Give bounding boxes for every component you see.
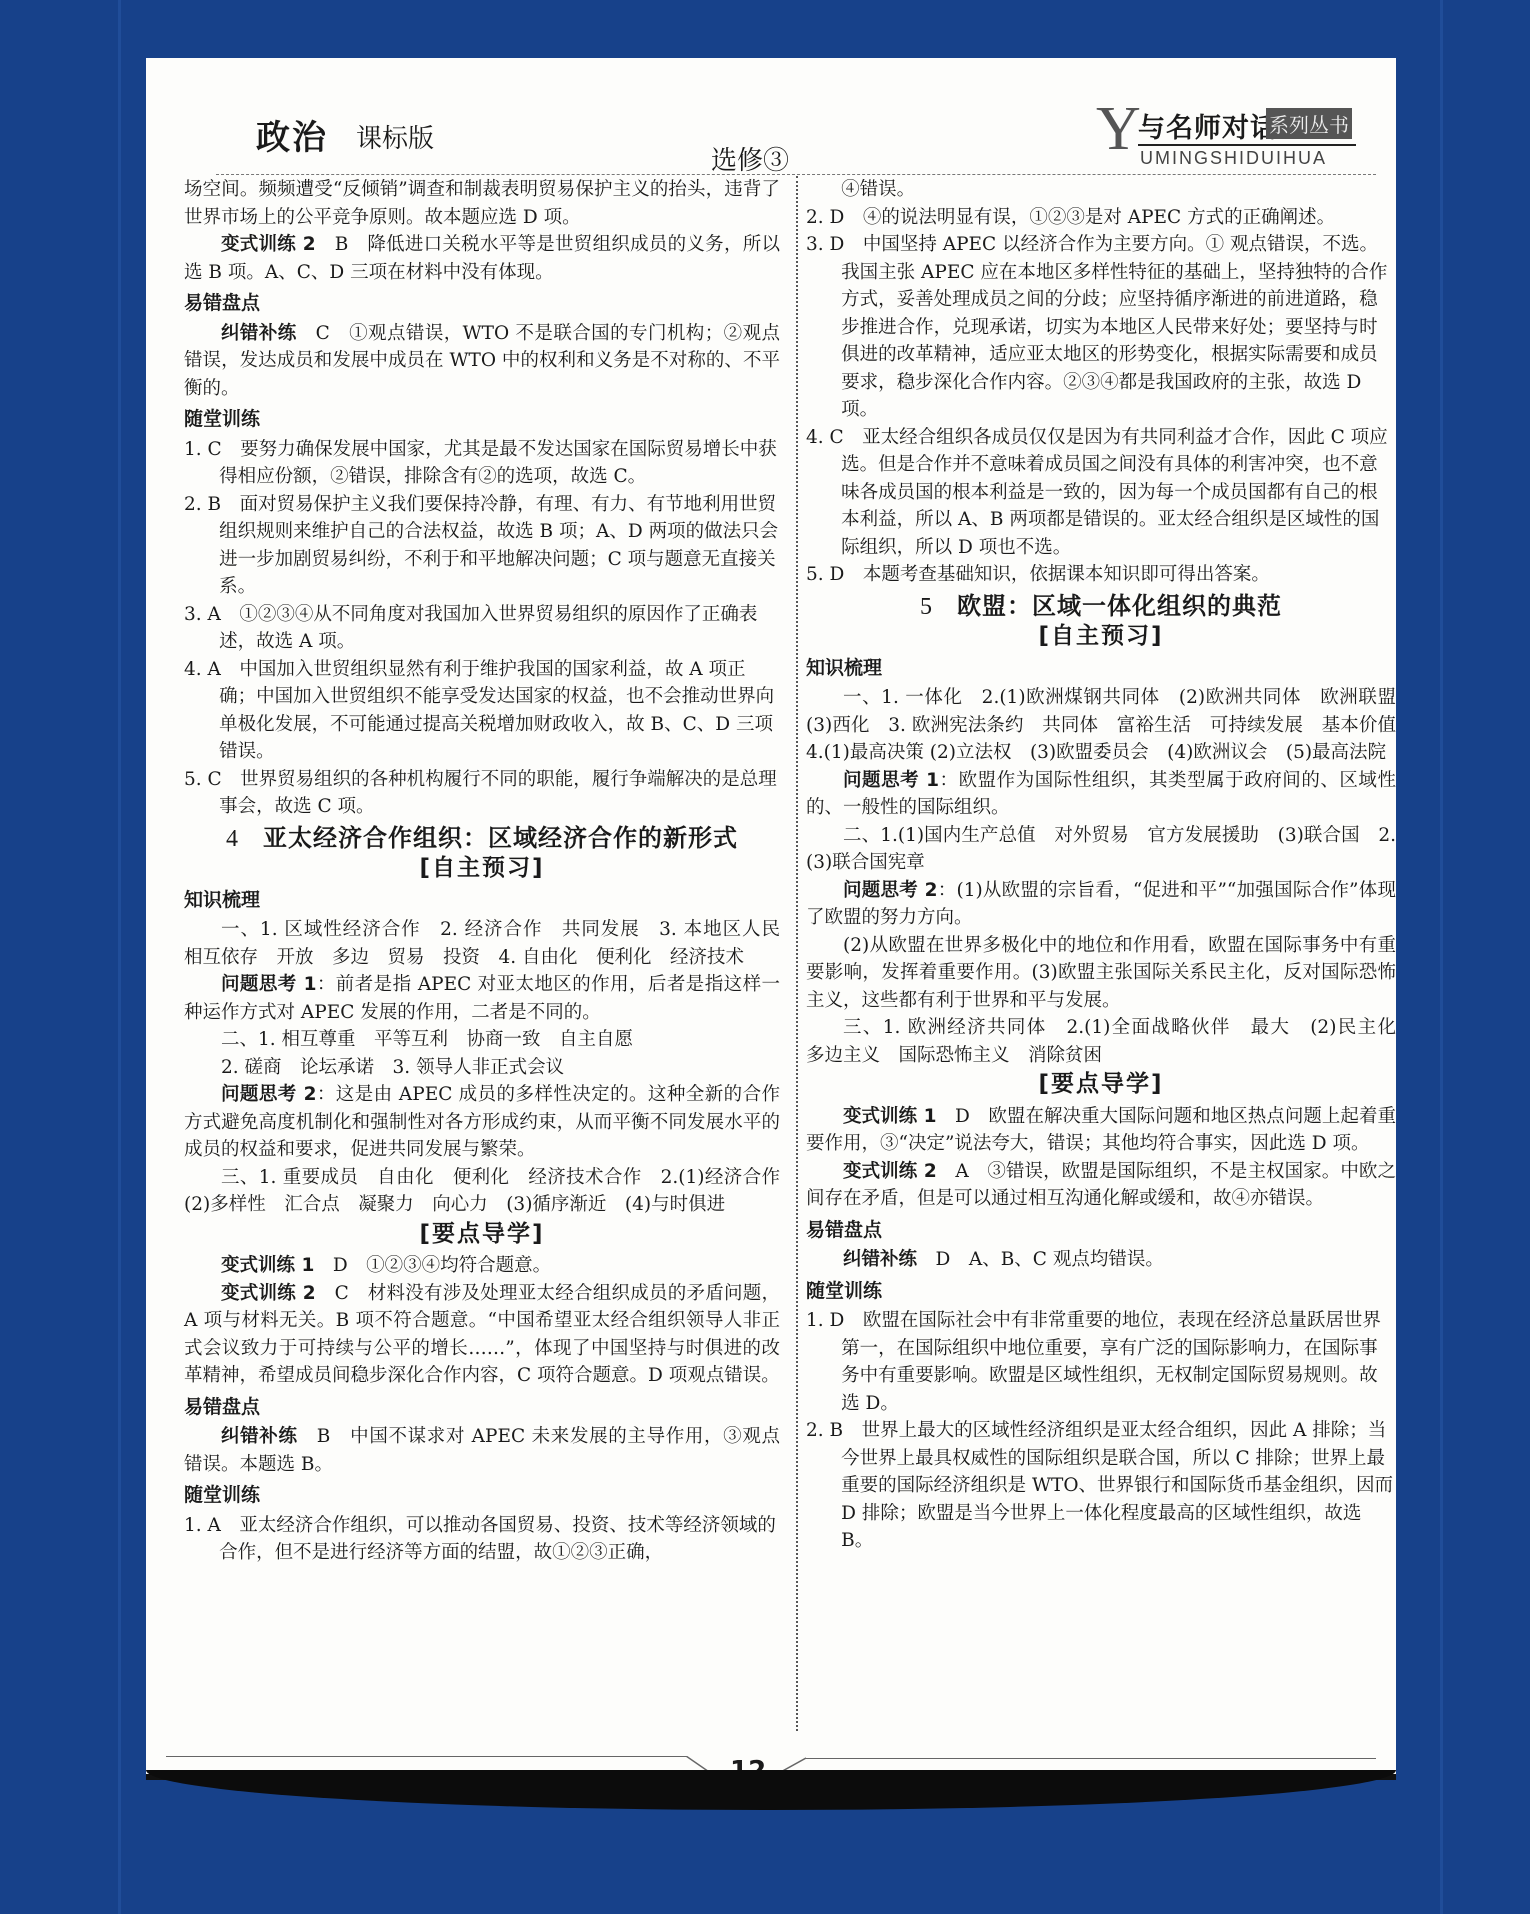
list-item: 2. B 世界上最大的区域性经济组织是亚太经合组织，因此 A 排除；当今世界上最… [806,1417,1396,1555]
footer-rule [166,1756,686,1757]
exercise-label: 纠错补练 [843,1249,917,1270]
section-heading: 随堂训练 [184,406,780,434]
section-heading: 易错盘点 [184,1394,780,1422]
logo-pinyin: UMINGSHIDUIHUA [1140,148,1327,169]
subsection-banner: [自主预习] [184,855,780,883]
chapter-name: 欧盟：区域一体化组织的典范 [957,592,1282,620]
question-answer: 问题思考 1：欧盟作为国际性组织，其类型属于政府间的、区域性的、一般性的国际组织… [806,767,1396,822]
edition-label: 课标版 [356,118,434,155]
chapter-name: 亚太经济合作组织：区域经济合作的新形式 [263,824,738,852]
logo-rule [1138,144,1356,146]
logo-title: 与名师对话 [1138,106,1278,145]
list-item: 5. D 本题考查基础知识，依据课本知识即可得出答案。 [806,561,1396,589]
paragraph: 二、1. 相互尊重 平等互利 协商一致 自主自愿 [184,1026,780,1054]
question-answer: 问题思考 1：前者是指 APEC 对亚太地区的作用，后者是指这样一种运作方式对 … [184,971,780,1026]
section-heading: 知识梳理 [184,887,780,915]
exercise-text: D A、B、C 观点均错误。 [917,1249,1164,1270]
section-heading: 知识梳理 [806,655,1396,683]
scanned-page: 政治 课标版 选修③ Y 与名师对话 系列丛书 UMINGSHIDUIHUA 场… [146,58,1396,1780]
chapter-number: 5 [920,594,933,620]
chapter-title: 4亚太经济合作组织：区域经济合作的新形式 [184,825,780,854]
list-item: 2. D ④的说法明显有误，①②③是对 APEC 方式的正确阐述。 [806,204,1396,232]
footer-rule [806,1758,1376,1759]
page-shadow [146,1770,1396,1810]
left-column: 场空间。频频遭受“反倾销”调查和制裁表明贸易保护主义的抬头，违背了世界市场上的公… [184,176,780,1567]
series-logo: Y 与名师对话 系列丛书 UMINGSHIDUIHUA [1096,98,1356,178]
paragraph: 场空间。频频遭受“反倾销”调查和制裁表明贸易保护主义的抬头，违背了世界市场上的公… [184,176,780,231]
exercise-answer: 变式训练 2 B 降低进口关税水平等是世贸组织成员的义务，所以选 B 项。A、C… [184,231,780,286]
logo-series-badge: 系列丛书 [1266,108,1352,139]
chapter-number: 4 [226,826,239,852]
exercise-answer: 纠错补练 D A、B、C 观点均错误。 [806,1246,1396,1274]
paragraph: 一、1. 一体化 2.(1)欧洲煤钢共同体 (2)欧洲共同体 欧洲联盟 (3)西… [806,684,1396,767]
list-item: 4. A 中国加入世贸组织显然有利于维护我国的国家利益，故 A 项正确；中国加入… [184,656,780,766]
section-heading: 随堂训练 [184,1482,780,1510]
list-item: 1. C 要努力确保发展中国家，尤其是最不发达国家在国际贸易增长中获得相应份额，… [184,436,780,491]
page-header: 政治 课标版 选修③ Y 与名师对话 系列丛书 UMINGSHIDUIHUA [196,98,1376,178]
subject-title: 政治 [256,110,328,159]
question-answer: 问题思考 2：(1)从欧盟的宗旨看，“促进和平”“加强国际合作”体现了欧盟的努力… [806,877,1396,932]
logo-letter: Y [1096,98,1141,160]
exercise-answer: 变式训练 1 D ①②③④均符合题意。 [184,1252,780,1280]
subsection-banner: [要点导学] [184,1221,780,1249]
section-heading: 易错盘点 [184,290,780,318]
subsection-banner: [要点导学] [806,1071,1396,1099]
exercise-answer: 纠错补练 B 中国不谋求对 APEC 未来发展的主导作用，③观点错误。本题选 B… [184,1423,780,1478]
chapter-title: 5欧盟：区域一体化组织的典范 [806,593,1396,622]
question-label: 问题思考 2 [221,1084,316,1105]
exercise-label: 变式训练 2 [843,1161,937,1182]
list-item: 2. B 面对贸易保护主义我们要保持冷静，有理、有力、有节地利用世贸组织规则来维… [184,491,780,601]
background-stripe [1440,0,1443,1914]
list-item: 3. A ①②③④从不同角度对我国加入世界贸易组织的原因作了正确表述，故选 A … [184,601,780,656]
exercise-label: 变式训练 2 [221,234,316,255]
exercise-label: 纠错补练 [221,323,297,344]
list-item: 1. A 亚太经济合作组织，可以推动各国贸易、投资、技术等经济领域的合作，但不是… [184,1512,780,1567]
paragraph: 二、1.(1)国内生产总值 对外贸易 官方发展援助 (3)联合国 2.(3)联合… [806,822,1396,877]
question-answer: 问题思考 2：这是由 APEC 成员的多样性决定的。这种全新的合作方式避免高度机… [184,1081,780,1164]
paragraph: 三、1. 欧洲经济共同体 2.(1)全面战略伙伴 最大 (2)民主化 多边主义 … [806,1014,1396,1069]
exercise-text: D ①②③④均符合题意。 [314,1255,551,1276]
list-item: 5. C 世界贸易组织的各种机构履行不同的职能，履行争端解决的是总理事会，故选 … [184,766,780,821]
subsection-banner: [自主预习] [806,623,1396,651]
course-label: 选修③ [711,140,789,177]
exercise-label: 变式训练 1 [843,1106,936,1127]
exercise-answer: 变式训练 2 C 材料没有涉及处理亚太经合组织成员的矛盾问题，A 项与材料无关。… [184,1280,780,1390]
section-heading: 易错盘点 [806,1217,1396,1245]
paragraph: 2. 磋商 论坛承诺 3. 领导人非正式会议 [184,1054,780,1082]
exercise-label: 纠错补练 [221,1426,298,1447]
exercise-label: 变式训练 2 [221,1283,316,1304]
list-item: 1. D 欧盟在国际社会中有非常重要的地位，表现在经济总量跃居世界第一，在国际组… [806,1307,1396,1417]
right-column: ④错误。 2. D ④的说法明显有误，①②③是对 APEC 方式的正确阐述。 3… [796,176,1396,1731]
list-item: 3. D 中国坚持 APEC 以经济合作为主要方向。① 观点错误，不选。我国主张… [806,231,1396,424]
paragraph: 三、1. 重要成员 自由化 便利化 经济技术合作 2.(1)经济合作 (2)多样… [184,1164,780,1219]
exercise-answer: 变式训练 1 D 欧盟在解决重大国际问题和地区热点问题上起着重要作用，③“决定”… [806,1103,1396,1158]
paragraph: ④错误。 [806,176,1396,204]
question-label: 问题思考 2 [843,880,938,901]
exercise-answer: 纠错补练 C ①观点错误，WTO 不是联合国的专门机构；②观点错误，发达成员和发… [184,320,780,403]
question-label: 问题思考 1 [221,974,316,995]
section-heading: 随堂训练 [806,1278,1396,1306]
background-stripe [118,0,121,1914]
list-item: 4. C 亚太经合组织各成员仅仅是因为有共同利益才合作，因此 C 项应选。但是合… [806,424,1396,562]
paragraph: 一、1. 区域性经济合作 2. 经济合作 共同发展 3. 本地区人民 相互依存 … [184,916,780,971]
exercise-answer: 变式训练 2 A ③错误，欧盟是国际组织，不是主权国家。中欧之间存在矛盾，但是可… [806,1158,1396,1213]
paragraph: (2)从欧盟在世界多极化中的地位和作用看，欧盟在国际事务中有重要影响，发挥着重要… [806,932,1396,1015]
question-label: 问题思考 1 [843,770,939,791]
exercise-label: 变式训练 1 [221,1255,314,1276]
